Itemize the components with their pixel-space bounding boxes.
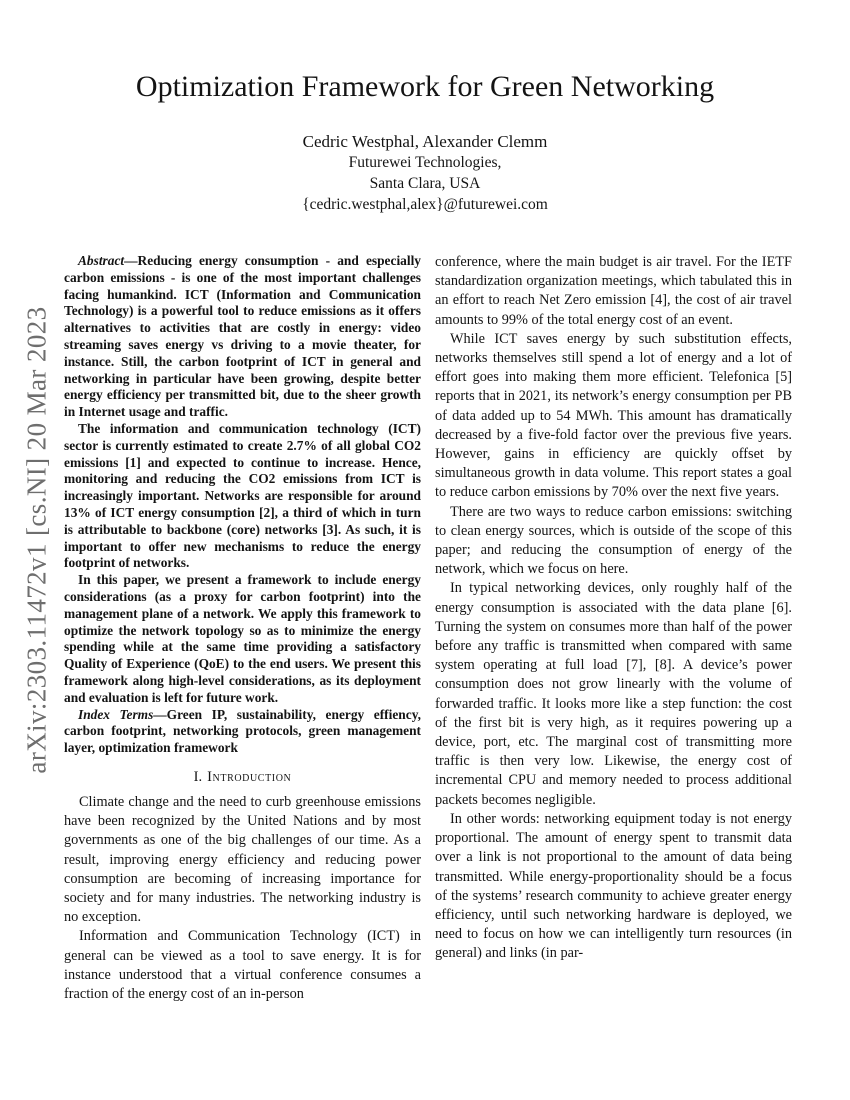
- abstract-paragraph: Abstract—Reducing energy consumption - a…: [64, 253, 421, 421]
- body-paragraph: While ICT saves energy by such substitut…: [435, 330, 792, 503]
- two-column-body: Abstract—Reducing energy consumption - a…: [64, 253, 792, 1004]
- body-paragraph: Information and Communication Technology…: [64, 927, 421, 1004]
- author-email: {cedric.westphal,alex}@futurewei.com: [0, 194, 850, 215]
- arxiv-watermark: arXiv:2303.11472v1 [cs.NI] 20 Mar 2023: [22, 306, 53, 773]
- right-column: conference, where the main budget is air…: [435, 253, 792, 1004]
- section-number: I.: [194, 769, 202, 785]
- author-block: Cedric Westphal, Alexander Clemm Futurew…: [0, 131, 850, 215]
- section-heading-introduction: I.Introduction: [64, 769, 421, 786]
- body-paragraph: In other words: networking equipment tod…: [435, 810, 792, 964]
- left-column: Abstract—Reducing energy consumption - a…: [64, 253, 421, 1004]
- affiliation-location: Santa Clara, USA: [0, 173, 850, 194]
- body-paragraph: There are two ways to reduce carbon emis…: [435, 503, 792, 580]
- body-paragraph: In typical networking devices, only roug…: [435, 579, 792, 809]
- body-paragraph: conference, where the main budget is air…: [435, 253, 792, 330]
- index-terms-lead: Index Terms: [78, 707, 153, 722]
- abstract-text: —Reducing energy consumption - and espec…: [64, 253, 421, 419]
- abstract-paragraph: In this paper, we present a framework to…: [64, 572, 421, 706]
- index-terms: Index Terms—Green IP, sustainability, en…: [64, 707, 421, 757]
- body-paragraph: Climate change and the need to curb gree…: [64, 793, 421, 927]
- abstract-lead: Abstract: [78, 253, 124, 268]
- author-names: Cedric Westphal, Alexander Clemm: [0, 131, 850, 152]
- section-title: Introduction: [207, 769, 291, 785]
- abstract-paragraph: The information and communication techno…: [64, 421, 421, 572]
- paper-title: Optimization Framework for Green Network…: [0, 70, 850, 104]
- affiliation: Futurewei Technologies,: [0, 152, 850, 173]
